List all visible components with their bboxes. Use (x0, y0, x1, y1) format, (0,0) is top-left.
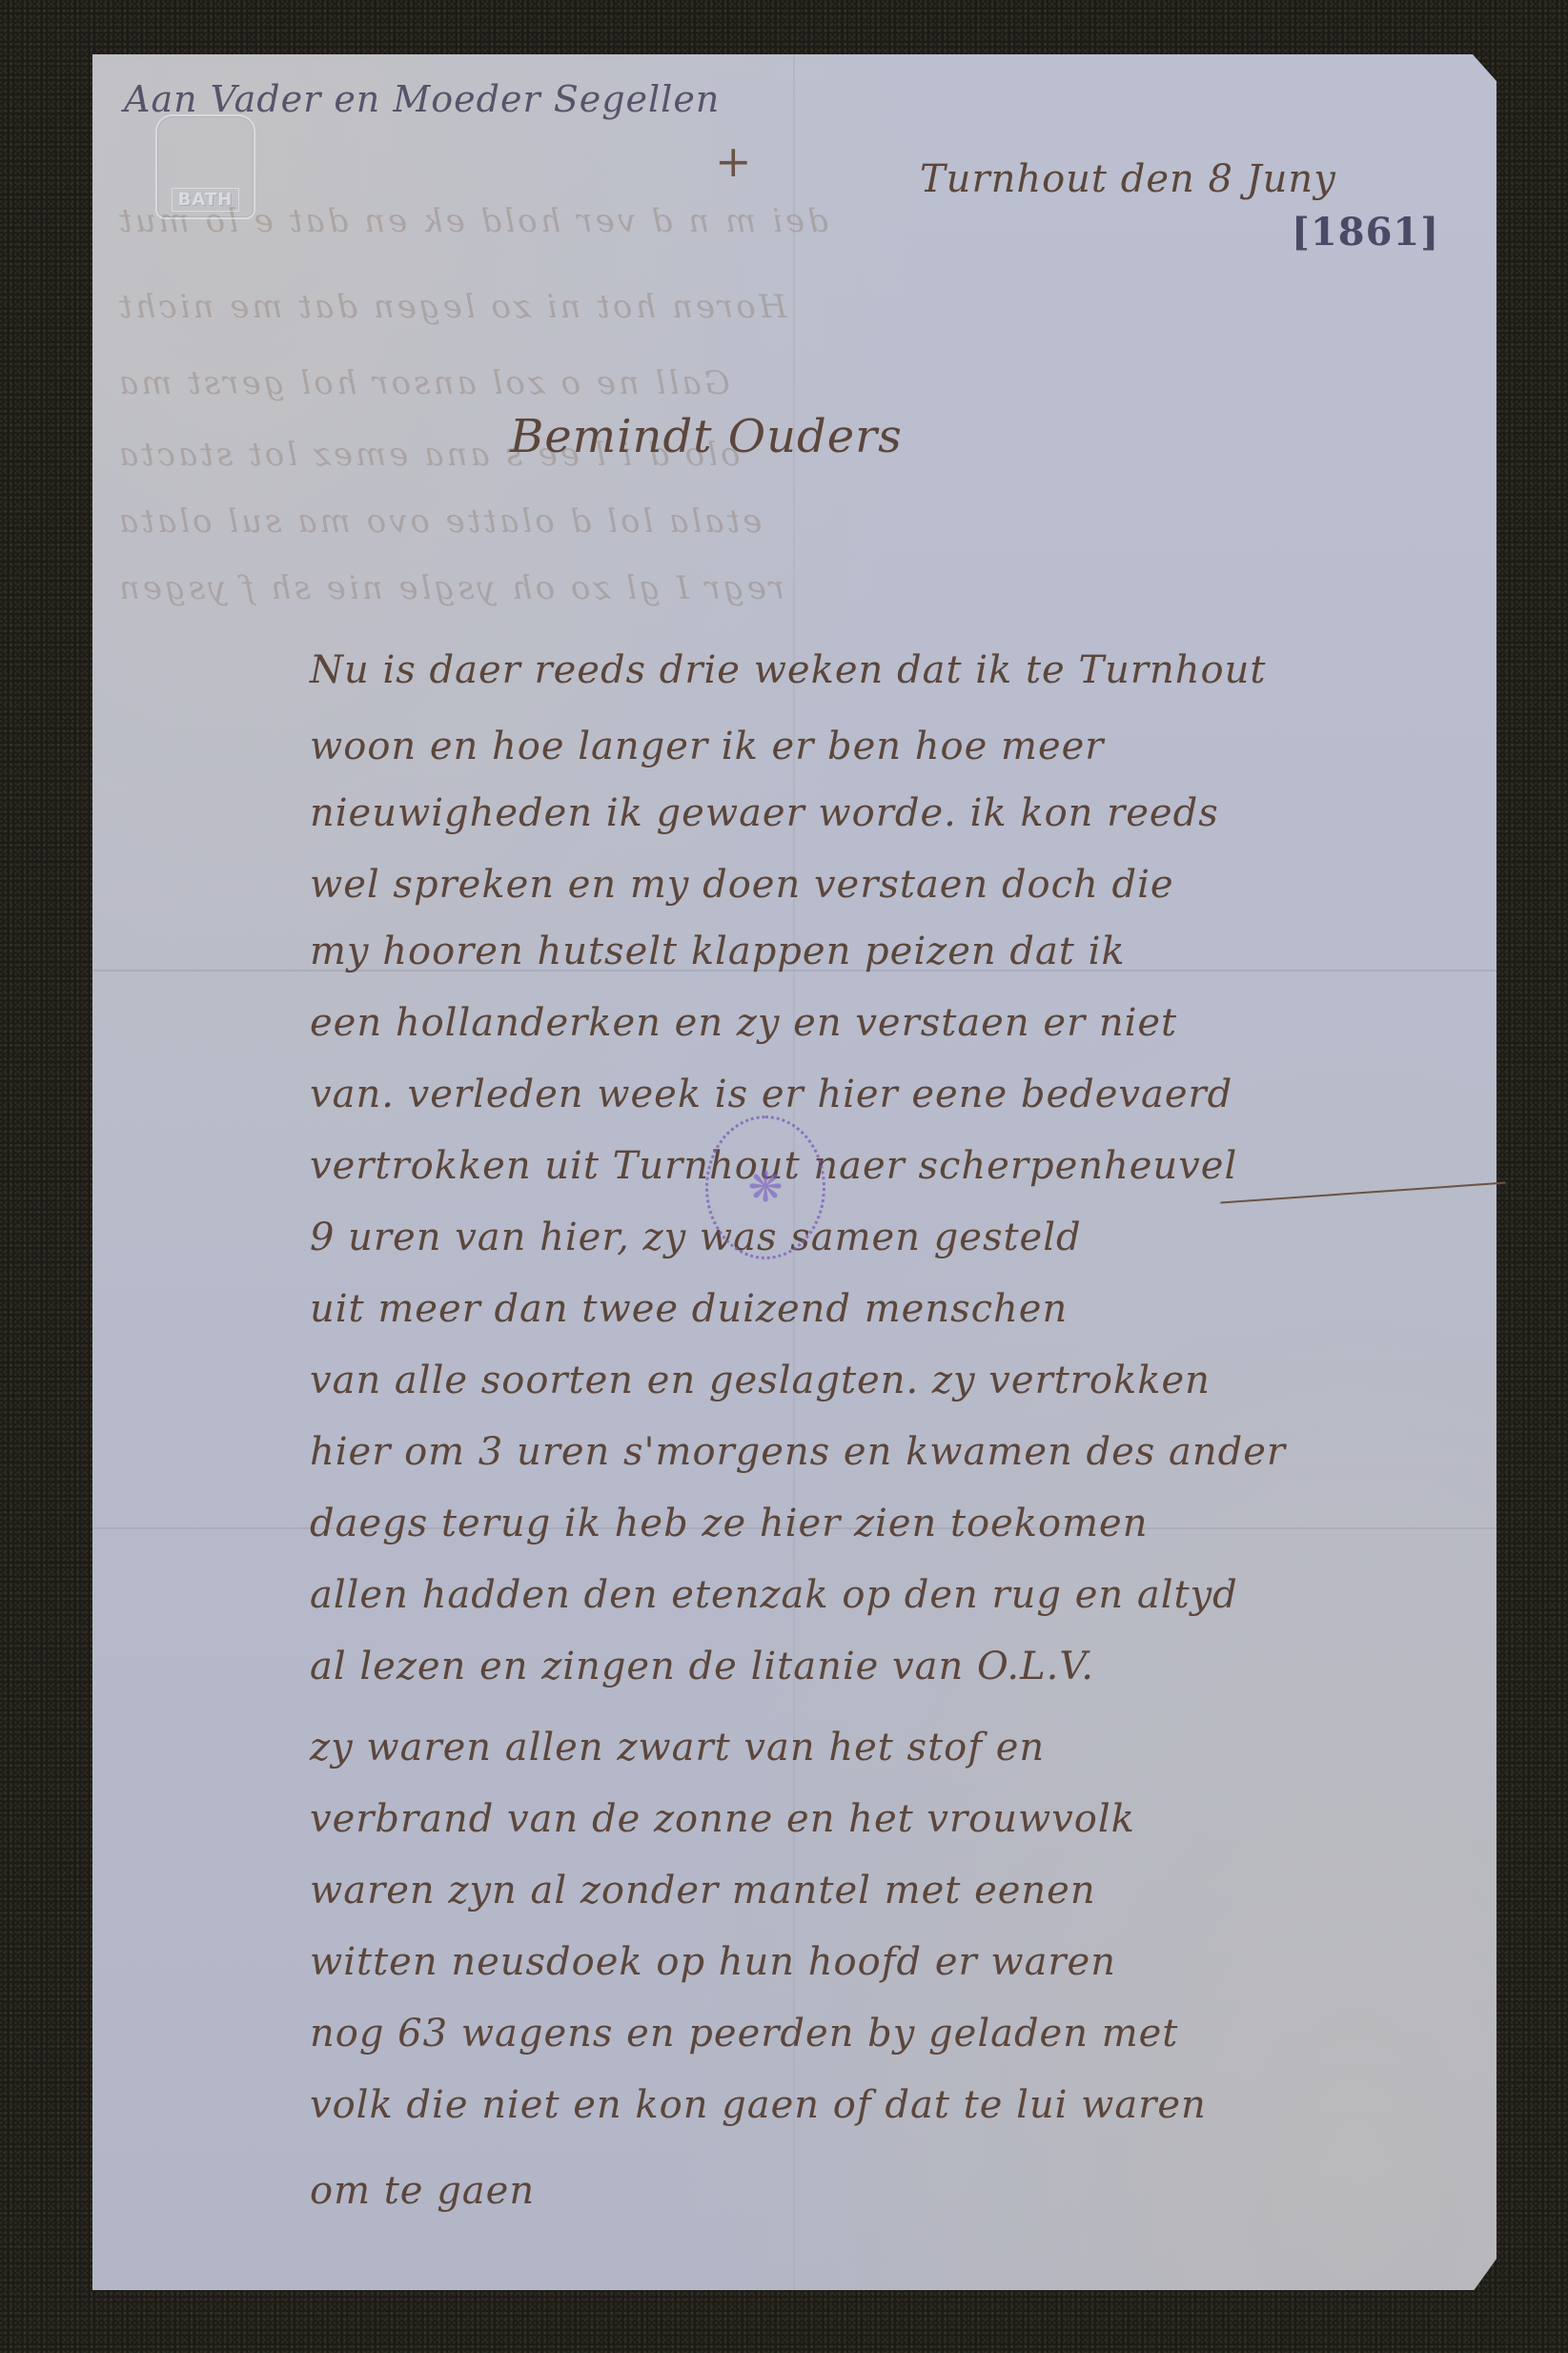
year-annotation: [1861] (1292, 210, 1439, 255)
body-line: waren zyn al zonder mantel met eenen (310, 1869, 1096, 1913)
body-line: van alle soorten en geslagten. zy vertro… (310, 1359, 1211, 1402)
body-line: verbrand van de zonne en het vrouwvolk (310, 1797, 1135, 1841)
body-line: al lezen en zingen de litanie van O.L.V. (310, 1645, 1094, 1688)
bleed-through-text: regr I gl zo oh ysgle nie sh f ysgen (116, 569, 784, 607)
body-line: hier om 3 uren s'morgens en kwamen des a… (310, 1430, 1286, 1474)
body-line: 9 uren van hier, zy was samen gesteld (310, 1216, 1082, 1259)
body-line: uit meer dan twee duizend menschen (310, 1287, 1068, 1331)
body-line: daegs terug ik heb ze hier zien toekomen (310, 1502, 1148, 1545)
body-line: wel spreken en my doen verstaen doch die (310, 863, 1174, 907)
body-line: van. verleden week is er hier eene bedev… (310, 1073, 1232, 1116)
bleed-through-text: Horen hot ni zo legen dat me nicht (116, 288, 786, 326)
body-line: my hooren hutselt klappen peizen dat ik (310, 930, 1126, 973)
body-line: een hollanderken en zy en verstaen er ni… (310, 1001, 1177, 1045)
body-line: nieuwigheden ik gewaer worde. ik kon ree… (310, 791, 1219, 835)
body-line: om te gaen (310, 2169, 535, 2213)
salutation: Bemindt Ouders (510, 410, 903, 463)
body-line: witten neusdoek op hun hoofd er waren (310, 1940, 1116, 1984)
address-annotation: Aan Vader en Moeder Segellen (124, 78, 720, 120)
cross-mark: + (715, 135, 753, 187)
library-ink-stamp: ❋ (705, 1115, 825, 1259)
place-date: Turnhout den 8 Juny (920, 157, 1336, 201)
body-line: volk die niet en kon gaen of dat te lui … (310, 2083, 1207, 2127)
body-line: zy waren allen zwart van het stof en (310, 1726, 1045, 1770)
body-line: woon en hoe langer ik er ben hoe meer (310, 725, 1104, 768)
emboss-text: BATH (172, 188, 240, 212)
bleed-through-text: etala lol d olatte ovo ma sul olata (116, 502, 762, 541)
embossed-paper-stamp: BATH (155, 114, 255, 219)
body-line: nog 63 wagens en peerden by geladen met (310, 2012, 1178, 2056)
body-line: Nu is daer reeds drie weken dat ik te Tu… (310, 648, 1266, 692)
body-line: allen hadden den etenzak op den rug en a… (310, 1573, 1238, 1617)
bleed-through-text: Gall ne o zol ansor hol gerst ma (116, 364, 730, 402)
stamp-emblem-icon: ❋ (748, 1163, 784, 1212)
